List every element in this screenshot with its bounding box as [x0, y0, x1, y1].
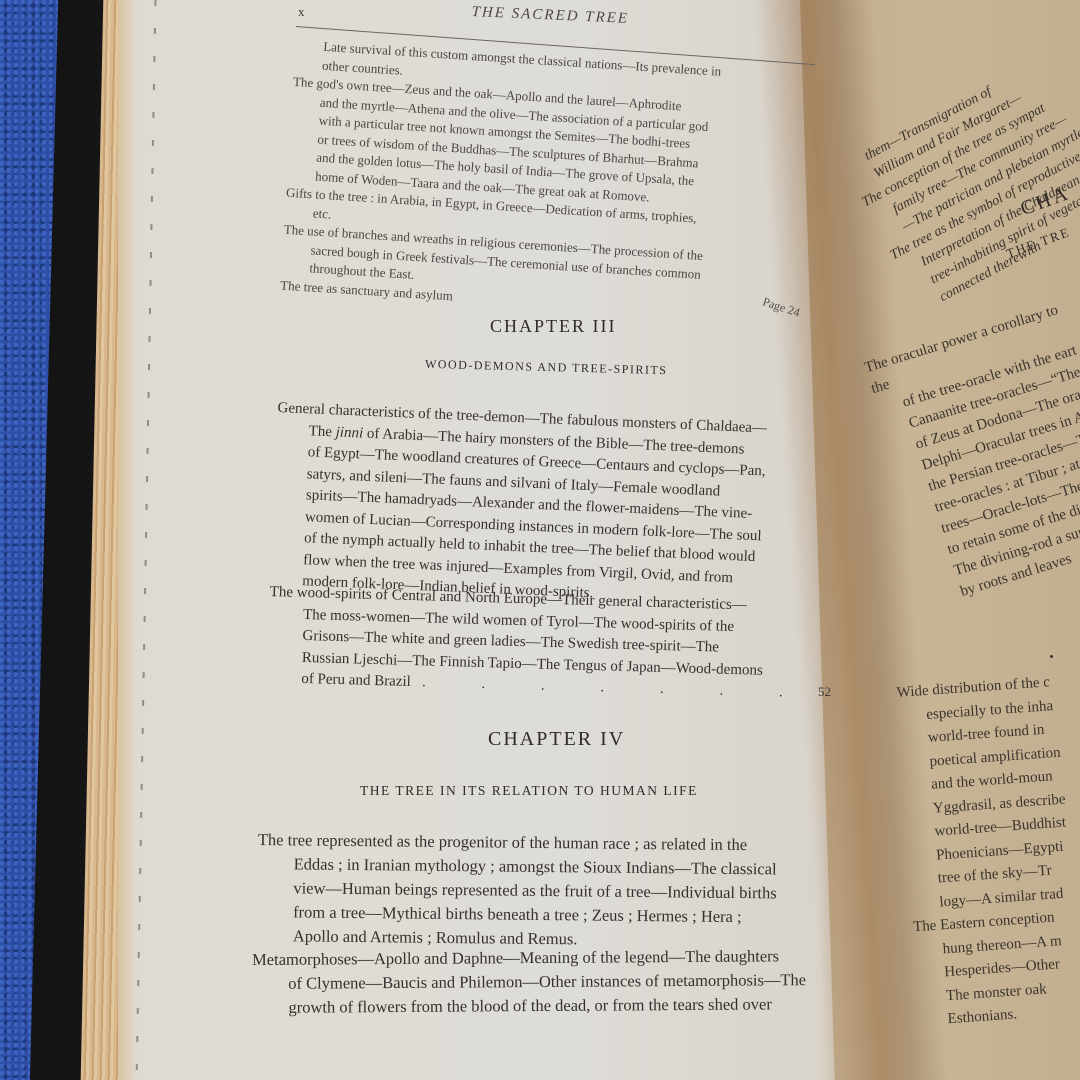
right-page-bottom-entries: Wide distribution of the c especially to… [896, 671, 1080, 1034]
chapter-4-subtitle: THE TREE IN ITS RELATION TO HUMAN LIFE [360, 783, 698, 799]
running-head: THE SACRED TREE [471, 4, 629, 28]
toc-line-text: of Peru and Brazil [301, 671, 411, 690]
chapter-3-subtitle: WOOD-DEMONS AND TREE-SPIRITS [425, 357, 668, 378]
page-reference: 52 [818, 684, 831, 700]
folio-number: x [298, 4, 305, 20]
toc-section-continued: Late survival of this custom amongst the… [280, 36, 722, 321]
toc-chapter-3-entry-2: The wood-spirits of Central and North Eu… [267, 582, 811, 705]
chapter-3-title: CHAPTER III [490, 316, 617, 337]
toc-chapter-3-entry-1: General characteristics of the tree-demo… [270, 398, 768, 612]
toc-chapter-4-entry-2: Metamorphoses—Apollo and Daphne—Meaning … [252, 944, 806, 1020]
toc-chapter-4-entry-1: The tree represented as the progenitor o… [257, 828, 778, 953]
page-reference: Page 24 [761, 294, 802, 320]
leader-dot [1050, 655, 1053, 658]
chapter-4-title: CHAPTER IV [488, 728, 625, 751]
toc-line: growth of flowers from the blood of the … [252, 992, 806, 1020]
